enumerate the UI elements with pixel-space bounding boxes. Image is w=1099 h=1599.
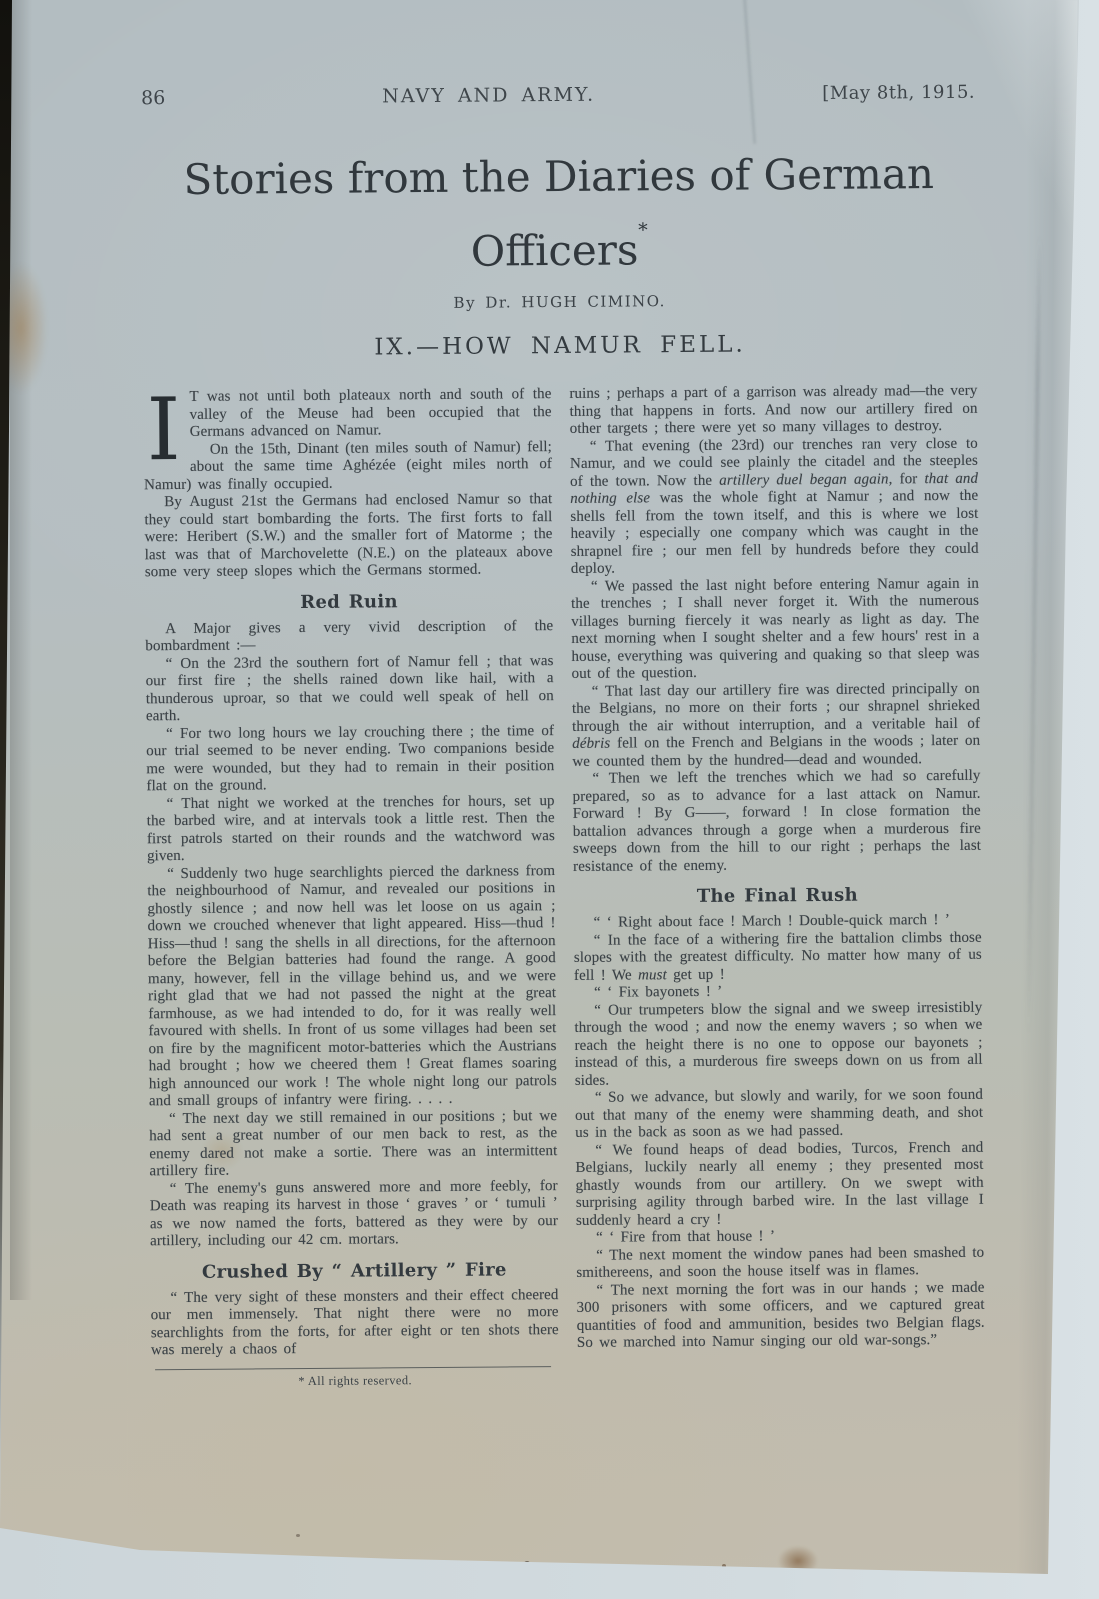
section-heading: Red Ruin [145, 590, 553, 615]
bottom-stain [777, 1545, 819, 1577]
footnote-block: * All rights reserved. [151, 1366, 559, 1390]
paragraph: ruins ; perhaps a part of a garrison was… [569, 383, 977, 439]
paragraph: “ That last day our artillery fire was d… [572, 680, 981, 771]
paragraph: “ We passed the last night before enteri… [571, 575, 980, 683]
page-content: 86 NAVY AND ARMY. [May 8th, 1915. Storie… [141, 81, 985, 1390]
left-edge-shading [10, 0, 32, 1300]
paragraph: “ That evening (the 23rd) our trenches r… [570, 435, 979, 578]
paragraph: “ Suddenly two huge searchlights pierced… [147, 863, 557, 1111]
paragraph: By August 21st the Germans had enclosed … [144, 491, 553, 582]
section-heading: The Final Rush [573, 884, 981, 909]
paragraph: “ The enemy's guns answered more and mor… [150, 1178, 559, 1251]
scanned-page-photo: 86 NAVY AND ARMY. [May 8th, 1915. Storie… [0, 0, 1099, 1599]
drop-cap: I [146, 392, 181, 470]
publication-title: NAVY AND ARMY. [193, 82, 784, 109]
article-title: Stories from the Diaries of German Offic… [142, 147, 977, 282]
paragraph: “ The very sight of these monsters and t… [150, 1287, 559, 1360]
footnote-rule [155, 1366, 551, 1370]
paragraph: T was not until both plateaux north and … [143, 386, 551, 442]
right-column: ruins ; perhaps a part of a garrison was… [569, 383, 985, 1387]
paragraph: “ We found heaps of dead bodies, Turcos,… [575, 1139, 984, 1230]
paragraph: “ Our trumpeters blow the signal and we … [574, 999, 983, 1090]
paragraph: “ So we advance, but slowly and warily, … [575, 1087, 983, 1143]
article-title-text: Stories from the Diaries of German Offic… [183, 149, 934, 276]
footnote-marker: * [638, 219, 648, 241]
text-columns: IT was not until both plateaux north and… [143, 383, 985, 1390]
section-heading: Crushed By “ Artillery ” Fire [150, 1259, 558, 1284]
left-column-text: IT was not until both plateaux north and… [143, 386, 559, 1360]
paragraph: “ Then we left the trenches which we had… [572, 768, 981, 876]
paper-speck [1090, 1468, 1095, 1472]
paragraph: “ The next moment the window panes had b… [576, 1244, 984, 1282]
paragraph: A Major gives a very vivid description o… [145, 618, 553, 656]
chapter-heading: IX.—HOW NAMUR FELL. [143, 329, 977, 364]
paragraph: On the 15th, Dinant (ten miles south of … [144, 439, 552, 495]
paper-speck [722, 1564, 726, 1568]
magazine-page: 86 NAVY AND ARMY. [May 8th, 1915. Storie… [0, 0, 1099, 1599]
paragraph: “ That night we worked at the trenches f… [147, 793, 556, 866]
paragraph: “ The next morning the fort was in our h… [576, 1279, 985, 1352]
right-column-text: ruins ; perhaps a part of a garrison was… [569, 383, 985, 1353]
footnote-text: * All rights reserved. [151, 1372, 559, 1390]
running-header: 86 NAVY AND ARMY. [May 8th, 1915. [141, 81, 975, 110]
byline: By Dr. HUGH CIMINO. [143, 290, 977, 315]
issue-date: [May 8th, 1915. [822, 82, 975, 104]
paper-speck [524, 1561, 530, 1566]
paragraph: “ On the 23rd the southern fort of Namur… [145, 653, 554, 726]
paper-speck [296, 1534, 300, 1537]
paragraph: “ For two long hours we lay crouching th… [146, 723, 555, 796]
left-column: IT was not until both plateaux north and… [143, 386, 559, 1390]
paragraph: “ The next day we still remained in our … [149, 1108, 558, 1181]
paragraph: “ In the face of a withering fire the ba… [574, 929, 982, 985]
